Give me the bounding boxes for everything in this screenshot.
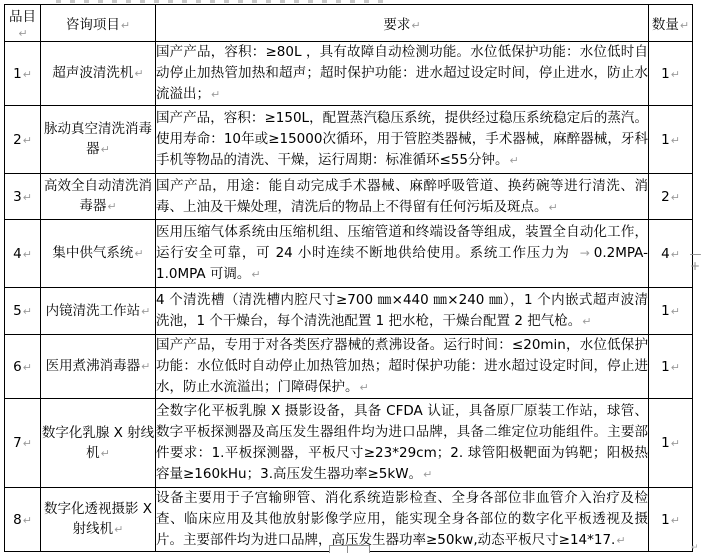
requirement-text: 设备主要用于子宫输卵管、消化系统造影检查、全身各部位非血管介入治疗及检查、临床应… [156, 490, 648, 548]
project-name: 数字化透视摄影 X 射线机 [44, 501, 152, 537]
clipped-title-remnant [56, 0, 386, 3]
paragraph-mark-icon: ↵ [410, 19, 420, 32]
item-number-cell[interactable]: 6↵ [5, 335, 41, 399]
table-row: 8↵ 数字化透视摄影 X 射线机↵ 设备主要用于子宫输卵管、消化系统造影检查、全… [5, 488, 693, 552]
paragraph-mark-icon: ↵ [670, 68, 680, 81]
paragraph-mark-icon: ↵ [670, 305, 680, 318]
quantity-cell[interactable]: 1↵↵ [649, 399, 693, 488]
quantity-cell[interactable]: 1↵↵ [649, 335, 693, 399]
project-name-cell[interactable]: 医用煮沸消毒器↵ [41, 335, 156, 399]
quantity-value: 1 [661, 66, 670, 82]
requirement-cell[interactable]: 国产产品，专用于对各类医疗器械的煮沸设备。运行时间：≤20min，水位低保护功能… [156, 335, 649, 399]
project-name: 集中供气系统 [52, 245, 133, 261]
item-number: 5 [13, 303, 22, 319]
procurement-table: 品目↵ 咨询项目↵ 要求↵ 数量↵↵ 1↵ 超声波清洗机↵ 国产产品，容积：≥8… [4, 4, 693, 552]
paragraph-mark-icon: ↵ [210, 88, 220, 101]
item-number-cell[interactable]: 8↵ [5, 488, 41, 552]
paragraph-mark-icon: ↵ [133, 67, 143, 80]
paragraph-mark-icon: ↵ [22, 361, 32, 374]
insert-row-control[interactable]: — + [686, 248, 704, 272]
requirement-cell[interactable]: 4 个清洗槽（清洗槽内腔尺寸≥700 ㎜×440 ㎜×240 ㎜），1 个内嵌式… [156, 288, 649, 335]
paragraph-mark-icon: ↵ [22, 134, 32, 147]
project-name: 超声波清洗机 [52, 65, 133, 81]
paragraph-mark-icon: ↵ [120, 19, 130, 32]
requirement-cell[interactable]: 全数字化平板乳腺 X 摄影设备，具备 CFDA 认证，具备原厂原装工作站，球管、… [156, 399, 649, 488]
paragraph-mark-icon: ↵ [22, 191, 32, 204]
paragraph-mark-icon: ↵ [509, 154, 519, 167]
requirement-cell[interactable]: 医用压缩气体系统由压缩机组、压缩管道和终端设备等组成，装置全自动化工作，运行安全… [156, 220, 649, 288]
paragraph-mark-icon: ↵ [140, 305, 150, 318]
quantity-cell[interactable]: 1↵↵ [649, 42, 693, 106]
paragraph-mark-icon: ↵ [17, 27, 27, 40]
table-row: 1↵ 超声波清洗机↵ 国产产品，容积：≥80L ，具有故障自动检测功能。水位低保… [5, 42, 693, 106]
item-number: 1 [13, 66, 22, 82]
table-row: 2↵ 脉动真空清洗消毒器↵ 国产产品，容积：≥150L，配置蒸汽稳压系统，提供经… [5, 106, 693, 174]
paragraph-mark-icon: ↵ [22, 305, 32, 318]
paragraph-mark-icon: ↵ [113, 523, 123, 536]
quantity-value: 1 [661, 512, 670, 528]
quantity-value: 2 [661, 189, 670, 205]
paragraph-mark-icon: ↵ [22, 514, 32, 527]
paragraph-mark-icon: ↵ [22, 248, 32, 261]
col-header-requirement-label: 要求 [383, 17, 410, 33]
item-number-cell[interactable]: 5↵ [5, 288, 41, 335]
col-header-project-label: 咨询项目 [66, 17, 120, 33]
item-number-cell[interactable]: 3↵ [5, 174, 41, 220]
project-name-cell[interactable]: 脉动真空清洗消毒器↵ [41, 106, 156, 174]
paragraph-mark-icon: ↵ [140, 360, 150, 373]
requirement-cell[interactable]: 国产产品，容积：≥80L ，具有故障自动检测功能。水位低保护功能：水位低时自动停… [156, 42, 649, 106]
paragraph-mark-icon: ↵ [22, 437, 32, 450]
requirement-text: 国产产品，容积：≥150L，配置蒸汽稳压系统，提供经过稳压系统稳定后的蒸汽。使用… [156, 110, 648, 168]
col-header-requirement[interactable]: 要求↵ [156, 5, 649, 42]
quantity-value: 1 [661, 435, 670, 451]
partial-table-below [329, 545, 370, 553]
paragraph-mark-icon: ↵ [670, 514, 680, 527]
requirement-text: 国产产品，用途：能自动完成手术器械、麻醉呼吸管道、换药碗等进行清洗、消毒、上油及… [156, 178, 648, 215]
paragraph-mark-icon: ↵ [679, 19, 689, 32]
item-number-cell[interactable]: 7↵ [5, 399, 41, 488]
paragraph-mark-icon: ↵ [359, 381, 369, 394]
project-name: 脉动真空清洗消毒器 [44, 121, 152, 157]
header-row: 品目↵ 咨询项目↵ 要求↵ 数量↵↵ [5, 5, 693, 42]
table-row: 3↵ 高效全自动清洗消毒器↵ 国产产品，用途：能自动完成手术器械、麻醉呼吸管道、… [5, 174, 693, 220]
item-number-cell[interactable]: 2↵ [5, 106, 41, 174]
paragraph-mark-icon: ↵ [670, 191, 680, 204]
project-name-cell[interactable]: 高效全自动清洗消毒器↵ [41, 174, 156, 220]
table-row: 6↵ 医用煮沸消毒器↵ 国产产品，专用于对各类医疗器械的煮沸设备。运行时间：≤2… [5, 335, 693, 399]
item-number: 7 [13, 435, 22, 451]
quantity-cell[interactable]: 1↵↵ [649, 288, 693, 335]
quantity-cell[interactable]: 1↵↵ [649, 488, 693, 552]
project-name-cell[interactable]: 内镜清洗工作站↵ [41, 288, 156, 335]
paragraph-mark-icon: ↵ [581, 315, 591, 328]
item-number: 6 [13, 359, 22, 375]
col-header-quantity-label: 数量 [652, 17, 679, 33]
item-number: 2 [13, 132, 22, 148]
quantity-cell[interactable]: 2↵↵ [649, 174, 693, 220]
table-row: 5↵ 内镜清洗工作站↵ 4 个清洗槽（清洗槽内腔尺寸≥700 ㎜×440 ㎜×2… [5, 288, 693, 335]
partial-table-divider [347, 546, 348, 553]
quantity-value: 4 [661, 246, 670, 262]
col-header-quantity[interactable]: 数量↵↵ [649, 5, 693, 42]
requirement-cell[interactable]: 设备主要用于子宫输卵管、消化系统造影检查、全身各部位非血管介入治疗及检查、临床应… [156, 488, 649, 552]
item-number-cell[interactable]: 1↵ [5, 42, 41, 106]
insert-row-plus-icon[interactable]: + [686, 260, 704, 272]
project-name-cell[interactable]: 集中供气系统↵ [41, 220, 156, 288]
paragraph-mark-icon: ↵ [100, 447, 110, 460]
col-header-item[interactable]: 品目↵ [5, 5, 41, 42]
paragraph-mark-icon: ↵ [670, 248, 680, 261]
paragraph-mark-icon: ↵ [615, 534, 625, 547]
paragraph-mark-icon: ↵ [133, 247, 143, 260]
paragraph-mark-icon: ↵ [422, 468, 432, 481]
col-header-project[interactable]: 咨询项目↵ [41, 5, 156, 42]
tab-mark-icon: → [570, 246, 594, 260]
quantity-value: 1 [661, 359, 670, 375]
requirement-text: 全数字化平板乳腺 X 摄影设备，具备 CFDA 认证，具备原厂原装工作站，球管、… [156, 403, 648, 482]
project-name: 医用煮沸消毒器 [46, 358, 141, 374]
paragraph-mark-icon: ↵ [100, 143, 110, 156]
requirement-text: 4 个清洗槽（清洗槽内腔尺寸≥700 ㎜×440 ㎜×240 ㎜），1 个内嵌式… [156, 292, 648, 329]
paragraph-mark-icon: ↵ [250, 268, 260, 281]
project-name-cell[interactable]: 数字化透视摄影 X 射线机↵ [41, 488, 156, 552]
quantity-cell[interactable]: 1↵↵ [649, 106, 693, 174]
quantity-value: 1 [661, 132, 670, 148]
paragraph-mark-icon: ↵ [670, 134, 680, 147]
project-name: 高效全自动清洗消毒器 [44, 178, 152, 214]
table-row: 7↵ 数字化乳腺 X 射线机↵ 全数字化平板乳腺 X 摄影设备，具备 CFDA … [5, 399, 693, 488]
item-number: 4 [13, 246, 22, 262]
paragraph-mark-icon: ↵ [670, 361, 680, 374]
project-name-cell[interactable]: 超声波清洗机↵ [41, 42, 156, 106]
paragraph-mark-icon: ↵ [548, 201, 558, 214]
project-name: 数字化乳腺 X 射线机 [42, 425, 154, 461]
table-row: 4↵ 集中供气系统↵ 医用压缩气体系统由压缩机组、压缩管道和终端设备等组成，装置… [5, 220, 693, 288]
requirement-text: 国产产品，专用于对各类医疗器械的煮沸设备。运行时间：≤20min，水位低保护功能… [156, 337, 648, 395]
paragraph-mark-icon: ↵ [106, 200, 116, 213]
project-name-cell[interactable]: 数字化乳腺 X 射线机↵ [41, 399, 156, 488]
item-number-cell[interactable]: 4↵ [5, 220, 41, 288]
paragraph-mark-icon: ↵ [670, 437, 680, 450]
page-corner-mark-icon: ↵ [691, 543, 699, 553]
project-name: 内镜清洗工作站 [46, 303, 141, 319]
requirement-cell[interactable]: 国产产品，用途：能自动完成手术器械、麻醉呼吸管道、换药碗等进行清洗、消毒、上油及… [156, 174, 649, 220]
paragraph-mark-icon: ↵ [22, 68, 32, 81]
requirement-cell[interactable]: 国产产品，容积：≥150L，配置蒸汽稳压系统，提供经过稳压系统稳定后的蒸汽。使用… [156, 106, 649, 174]
item-number: 8 [13, 512, 22, 528]
quantity-value: 1 [661, 303, 670, 319]
item-number: 3 [13, 189, 22, 205]
col-header-item-label: 品目 [9, 9, 36, 25]
requirement-text: 国产产品，容积：≥80L ，具有故障自动检测功能。水位低保护功能：水位低时自动停… [156, 44, 648, 102]
